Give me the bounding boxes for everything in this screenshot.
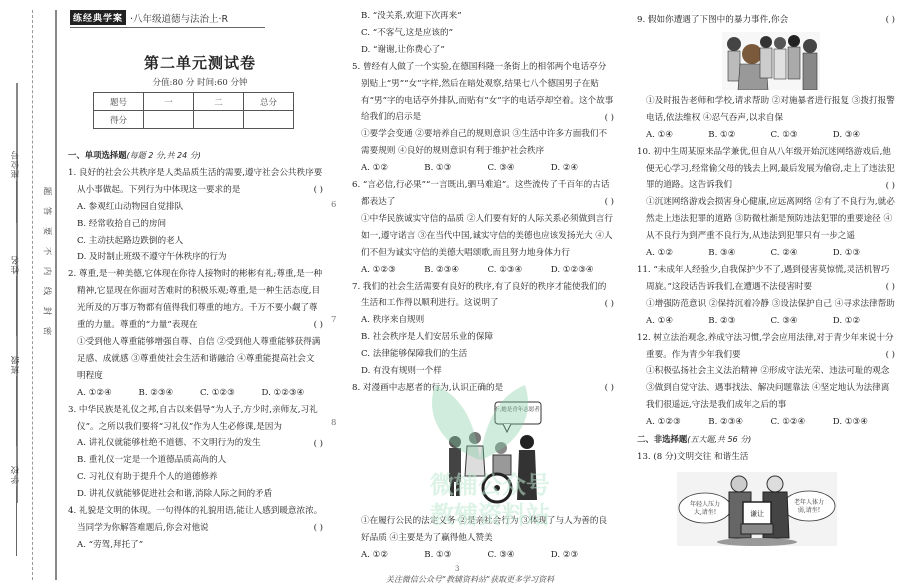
option-a[interactable]: A. ①②③ bbox=[646, 414, 708, 431]
option-d[interactable]: D. 及时制止班级不遵守午休秩序的行为 bbox=[68, 249, 323, 266]
left-bubble-text: 年轻人压力 bbox=[690, 500, 720, 508]
answer-blank[interactable]: ( ) bbox=[886, 347, 895, 364]
option-a[interactable]: A. 讲礼仪就能够杜绝不道德、不文明行为的发生 bbox=[68, 435, 323, 452]
option-d[interactable]: D. ①②③④ bbox=[551, 262, 614, 279]
answer-blank[interactable]: ( ) bbox=[314, 182, 323, 199]
option-c[interactable]: C. ①③④ bbox=[488, 262, 551, 279]
options-row: A. ①②④ B. ②③④ C. ①②③ D. ①②③④ bbox=[68, 385, 323, 402]
seal-char: 题 bbox=[41, 187, 53, 196]
school-field[interactable]: 学校 bbox=[6, 465, 26, 556]
option-b[interactable]: B. 重礼仪一定是一个道德品质高尚的人 bbox=[68, 452, 323, 469]
school-violence-illustration bbox=[722, 32, 820, 90]
exam-meta: 分值:80 分 时间:60 分钟 bbox=[70, 76, 330, 88]
answer-blank[interactable]: ( ) bbox=[605, 110, 614, 127]
option-a[interactable]: A. 秩序来自规则 bbox=[352, 312, 614, 329]
options-row: A. ①②③ B. ②③④ C. ①③④ D. ①②③④ bbox=[352, 262, 614, 279]
left-bubble-text-2: 大,请坐! bbox=[694, 508, 716, 516]
section-2-heading: 二、非选择题(五大题,共 56 分) bbox=[637, 431, 895, 449]
score-header-cell: 题号 bbox=[94, 93, 144, 111]
statements: ①中华民族诚实守信的品质 ②人们要有好的人际关系必须做到言行如一,遵守诺言 ③在… bbox=[352, 211, 614, 262]
options-row: A. ①② B. ③④ C. ②④ D. ①③ bbox=[637, 245, 895, 262]
school-blank[interactable] bbox=[16, 486, 17, 556]
courtesy-seat-cartoon: 年轻人压力 大,请坐! 老年人体力 弱,请坐! 谦让 bbox=[677, 472, 837, 546]
answer-blank[interactable]: ( ) bbox=[314, 317, 323, 334]
statements: ①沉迷网络游戏会损害身心健康,应远离网络 ②有了不良行为,就必然走上违法犯罪的道… bbox=[637, 194, 895, 245]
question-stem: 10. 初中生周某原来品学兼优,但自从八年级开始沉迷网络游戏后,他便无心学习,经… bbox=[637, 144, 895, 195]
option-c[interactable]: C. 习礼仪有助于提升个人的道德修养 bbox=[68, 469, 323, 486]
question-stem: 3. 中华民族是礼仪之邦,自古以来倡导“为人子,方少时,亲师友,习礼仪”。之所以… bbox=[68, 402, 323, 436]
option-c[interactable]: C. ③④ bbox=[488, 547, 551, 564]
score-row-label: 得分 bbox=[94, 111, 144, 129]
seat-number-field[interactable]: 座位号 bbox=[6, 150, 26, 223]
question-6: 6. “言必信,行必果”“一言既出,驷马难追”。这些流传了千百年的古话都表达了 … bbox=[352, 177, 614, 278]
speech-bubble-text: 不,她是青年志愿者! bbox=[494, 405, 542, 413]
option-b[interactable]: B. ①③ bbox=[424, 160, 487, 177]
column-1: 一、单项选择题(每题 2 分,共 24 分) 1. 良好的社会公共秩序是人类品质… bbox=[68, 147, 323, 554]
question-7: 7. 我们的社会生活需要有良好的秩序,有了良好的秩序才能使我们的生活和工作得以顺… bbox=[352, 279, 614, 380]
column-3: 9. 假如你遭遇了下图中的暴力事件,你会 ( ) ①及时报告老师和学校,请求帮助… bbox=[637, 12, 895, 549]
option-b[interactable]: B. 经常收拾自己的房间 bbox=[68, 216, 323, 233]
score-table-score-row: 得分 bbox=[94, 111, 294, 129]
volunteer-wheelchair-cartoon: 不,她是青年志愿者! bbox=[437, 400, 547, 510]
section-title: 二、非选择题 bbox=[637, 434, 687, 444]
binding-dashed-cut-line bbox=[32, 10, 33, 580]
score-table-header-row: 题号 一 二 总分 bbox=[94, 93, 294, 111]
statements: ①要学会变通 ②要培养自己的规则意识 ③生活中许多方面我们不需要规则 ④良好的规… bbox=[352, 126, 614, 160]
option-d[interactable]: D. ②③ bbox=[551, 547, 614, 564]
option-a[interactable]: A. ①②④ bbox=[77, 385, 139, 402]
statements: ①增强防范意识 ②保持沉着冷静 ③设法保护自己 ④寻求法律帮助 bbox=[637, 296, 895, 313]
option-c[interactable]: C. ①③ bbox=[771, 127, 833, 144]
question-stem: 11. “未成年人经验少,自我保护少不了,遇到侵害莫惊慌,灵活机智巧周旋。”这段… bbox=[637, 262, 895, 296]
score-header-cell: 总分 bbox=[244, 93, 294, 111]
option-b[interactable]: B. 社会秩序是人们安居乐业的保障 bbox=[352, 329, 614, 346]
option-d[interactable]: D. ①③④ bbox=[833, 414, 895, 431]
question-stem: 7. 我们的社会生活需要有良好的秩序,有了良好的秩序才能使我们的生活和工作得以顺… bbox=[352, 279, 614, 313]
right-bubble-text-2: 弱,请坐! bbox=[798, 506, 820, 514]
seal-char: 要 bbox=[41, 227, 53, 236]
class-label: 班级 bbox=[10, 355, 22, 374]
question-9: 9. 假如你遭遇了下图中的暴力事件,你会 ( ) ①及时报告老师和学校,请求帮助… bbox=[637, 12, 895, 144]
question-5: 5. 曾经有人做了一个实验,在德国科隆一条街上的相邻两个电话亭分别贴上“男”“女… bbox=[352, 59, 614, 177]
question-stem: 6. “言必信,行必果”“一言既出,驷马难追”。这些流传了千百年的古话都表达了 bbox=[352, 177, 614, 211]
option-d[interactable]: D. “谢谢,让你费心了” bbox=[352, 42, 614, 59]
score-header-cell: 一 bbox=[144, 93, 194, 111]
question-stem: 8. 对漫画中志愿者的行为,认识正确的是 bbox=[352, 380, 614, 397]
options-row: A. ①② B. ①③ C. ③④ D. ②④ bbox=[352, 160, 614, 177]
seal-char: 线 bbox=[41, 287, 53, 296]
answer-blank[interactable]: ( ) bbox=[886, 178, 895, 195]
question-12: 12. 树立法治观念,养成守法习惯,学会应用法律,对于青少年来说十分重要。作为青… bbox=[637, 330, 895, 431]
option-c[interactable]: C. ②④ bbox=[771, 245, 833, 262]
side-page-number: 7 bbox=[331, 315, 336, 325]
seat-number-blank[interactable] bbox=[16, 181, 17, 223]
seal-char: 封 bbox=[41, 307, 53, 316]
section-note: (每题 2 分,共 24 分) bbox=[127, 151, 201, 160]
question-4: 4. 礼貌是文明的体现。一句得体的礼貌用语,能让人感到暖意浓浓。当同学为你解答难… bbox=[68, 503, 323, 554]
name-field[interactable]: 姓名 bbox=[6, 255, 26, 336]
option-a[interactable]: A. 参观红山动物园自觉排队 bbox=[68, 199, 323, 216]
section-title: 一、单项选择题 bbox=[68, 150, 127, 160]
question-3: 3. 中华民族是礼仪之邦,自古以来倡导“为人子,方少时,亲师友,习礼仪”。之所以… bbox=[68, 402, 323, 503]
options-row: A. ①④ B. ②③ C. ③④ D. ①② bbox=[637, 313, 895, 330]
statements: ①积极弘扬社会主义法治精神 ②形成守法光荣、违法可耻的观念 ③做到自觉守法、遇事… bbox=[637, 363, 895, 414]
side-page-number: 6 bbox=[331, 200, 336, 210]
option-b[interactable]: B. ②③ bbox=[708, 313, 770, 330]
option-d[interactable]: D. 讲礼仪就能够促进社会和谐,消除人际之间的矛盾 bbox=[68, 486, 323, 503]
section-note: (五大题,共 56 分) bbox=[687, 435, 751, 444]
option-b[interactable]: B. ①③ bbox=[424, 547, 487, 564]
seal-char: 内 bbox=[41, 267, 53, 276]
name-blank[interactable] bbox=[16, 276, 17, 336]
option-a[interactable]: A. ①② bbox=[361, 160, 424, 177]
option-c[interactable]: C. ③④ bbox=[488, 160, 551, 177]
question-2: 2. 尊重,是一种美德,它体现在你待人接物时的彬彬有礼;尊重,是一种精神,它显现… bbox=[68, 266, 323, 401]
question-4-continued: B. “没关系,欢迎下次再来” C. “不客气,这是应该的” D. “谢谢,让你… bbox=[352, 8, 614, 59]
seat-sign-text: 谦让 bbox=[750, 509, 764, 518]
statements: ①受到他人尊重能够增强自尊、自信 ②受到他人尊重能够获得满足感、成就感 ③尊重使… bbox=[68, 334, 323, 385]
options-row: A. ①② B. ①③ C. ③④ D. ②③ bbox=[352, 547, 614, 564]
option-b[interactable]: B. ②③④ bbox=[424, 262, 487, 279]
school-label: 学校 bbox=[10, 465, 22, 484]
answer-blank[interactable]: ( ) bbox=[886, 12, 895, 29]
section-1-heading: 一、单项选择题(每题 2 分,共 24 分) bbox=[68, 147, 323, 165]
cartoon-illustration-icon: 不,她是青年志愿者! bbox=[437, 400, 547, 510]
option-c[interactable]: C. “不客气,这是应该的” bbox=[352, 25, 614, 42]
question-stem: 1. 良好的社会公共秩序是人类品质生活的需要,遵守社会公共秩序要从小事做起。下列… bbox=[68, 165, 323, 199]
statements: ①及时报告老师和学校,请求帮助 ②对施暴者进行报复 ③拨打报警电话,依法维权 ④… bbox=[637, 93, 895, 127]
option-d[interactable]: D. 有没有规则一个样 bbox=[352, 363, 614, 380]
seal-char: 答 bbox=[41, 207, 53, 216]
question-8: 8. 对漫画中志愿者的行为,认识正确的是 ( ) 不,她是青年志愿者! ①在履行… bbox=[352, 380, 614, 564]
question-stem: 9. 假如你遭遇了下图中的暴力事件,你会 bbox=[637, 12, 895, 29]
page-header: 练经典学案 ·八年级道德与法治上·R bbox=[70, 8, 265, 28]
header-subtitle: ·八年级道德与法治上·R bbox=[130, 11, 228, 25]
score-header-cell: 二 bbox=[194, 93, 244, 111]
seal-char: 不 bbox=[41, 247, 53, 256]
answer-blank[interactable]: ( ) bbox=[605, 296, 614, 313]
question-stem: 12. 树立法治观念,养成守法习惯,学会应用法律,对于青少年来说十分重要。作为青… bbox=[637, 330, 895, 364]
footer-notice: 关注微信公众号“教辅资料站”获取更多学习资料 bbox=[310, 574, 630, 585]
answer-blank[interactable]: ( ) bbox=[605, 194, 614, 211]
option-b[interactable]: B. ②③④ bbox=[139, 385, 201, 402]
option-a[interactable]: A. ①②③ bbox=[361, 262, 424, 279]
name-label: 姓名 bbox=[10, 255, 22, 274]
score-cell-total[interactable] bbox=[244, 111, 294, 129]
option-d[interactable]: D. ②④ bbox=[551, 160, 614, 177]
class-blank[interactable] bbox=[16, 376, 17, 446]
option-c[interactable]: C. ①②④ bbox=[771, 414, 833, 431]
option-d[interactable]: D. ①③ bbox=[833, 245, 895, 262]
option-b[interactable]: B. “没关系,欢迎下次再来” bbox=[352, 8, 614, 25]
question-1: 1. 良好的社会公共秩序是人类品质生活的需要,遵守社会公共秩序要从小事做起。下列… bbox=[68, 165, 323, 266]
answer-blank[interactable]: ( ) bbox=[886, 279, 895, 296]
option-d[interactable]: D. ③④ bbox=[833, 127, 895, 144]
seal-line-notice: 题 答 要 不 内 线 封 密 bbox=[41, 185, 53, 337]
option-d[interactable]: D. ①②③④ bbox=[262, 385, 324, 402]
side-page-number: 8 bbox=[331, 418, 336, 428]
question-13-heading: 13. (8 分)文明交往 和谐生活 bbox=[637, 449, 895, 466]
right-bubble-text: 老年人体力 bbox=[794, 498, 824, 506]
class-field[interactable]: 班级 bbox=[6, 355, 26, 446]
page-number: 3 bbox=[455, 565, 459, 573]
option-a[interactable]: A. ①④ bbox=[646, 127, 708, 144]
answer-blank[interactable]: ( ) bbox=[314, 436, 323, 453]
score-cell-section1[interactable] bbox=[144, 111, 194, 129]
answer-blank[interactable]: ( ) bbox=[314, 520, 323, 537]
answer-blank[interactable]: ( ) bbox=[605, 380, 614, 397]
column-2: B. “没关系,欢迎下次再来” C. “不客气,这是应该的” D. “谢谢,让你… bbox=[352, 8, 614, 564]
seat-yielding-cartoon-icon: 年轻人压力 大,请坐! 老年人体力 弱,请坐! 谦让 bbox=[677, 472, 837, 546]
score-table: 题号 一 二 总分 得分 bbox=[93, 92, 294, 129]
question-11: 11. “未成年人经验少,自我保护少不了,遇到侵害莫惊慌,灵活机智巧周旋。”这段… bbox=[637, 262, 895, 330]
option-d[interactable]: D. ①② bbox=[833, 313, 895, 330]
seal-char: 密 bbox=[41, 327, 53, 336]
question-10: 10. 初中生周某原来品学兼优,但自从八年级开始沉迷网络游戏后,他便无心学习,经… bbox=[637, 144, 895, 262]
score-cell-section2[interactable] bbox=[194, 111, 244, 129]
options-row: A. ①④ B. ①② C. ①③ D. ③④ bbox=[637, 127, 895, 144]
question-stem: 2. 尊重,是一种美德,它体现在你待人接物时的彬彬有礼;尊重,是一种精神,它显现… bbox=[68, 266, 323, 334]
option-b[interactable]: B. ②③④ bbox=[708, 414, 770, 431]
statements: ①在履行公民的法定义务 ②是亲社会行为 ③体现了与人为善的良好品质 ④主要是为了… bbox=[352, 513, 614, 547]
option-c[interactable]: C. 主动扶起路边跌倒的老人 bbox=[68, 233, 323, 250]
option-c[interactable]: C. ①②③ bbox=[200, 385, 262, 402]
option-a[interactable]: A. ①② bbox=[361, 547, 424, 564]
options-row: A. ①②③ B. ②③④ C. ①②④ D. ①③④ bbox=[637, 414, 895, 431]
option-c[interactable]: C. ③④ bbox=[771, 313, 833, 330]
seat-number-label: 座位号 bbox=[10, 150, 22, 179]
crowd-illustration-icon bbox=[722, 32, 820, 90]
option-a[interactable]: A. ①② bbox=[646, 245, 708, 262]
option-b[interactable]: B. ①② bbox=[708, 127, 770, 144]
binding-line-inner bbox=[55, 10, 57, 580]
option-c[interactable]: C. 法律能够保障我们的生活 bbox=[352, 346, 614, 363]
question-stem: 4. 礼貌是文明的体现。一句得体的礼貌用语,能让人感到暖意浓浓。当同学为你解答难… bbox=[68, 503, 323, 537]
exam-title: 第二单元测试卷 bbox=[70, 52, 330, 73]
option-b[interactable]: B. ③④ bbox=[708, 245, 770, 262]
brand-logo: 练经典学案 bbox=[70, 10, 126, 25]
option-a[interactable]: A. “劳驾,拜托了” bbox=[68, 537, 323, 554]
option-a[interactable]: A. ①④ bbox=[646, 313, 708, 330]
question-stem: 5. 曾经有人做了一个实验,在德国科隆一条街上的相邻两个电话亭分别贴上“男”“女… bbox=[352, 59, 614, 127]
